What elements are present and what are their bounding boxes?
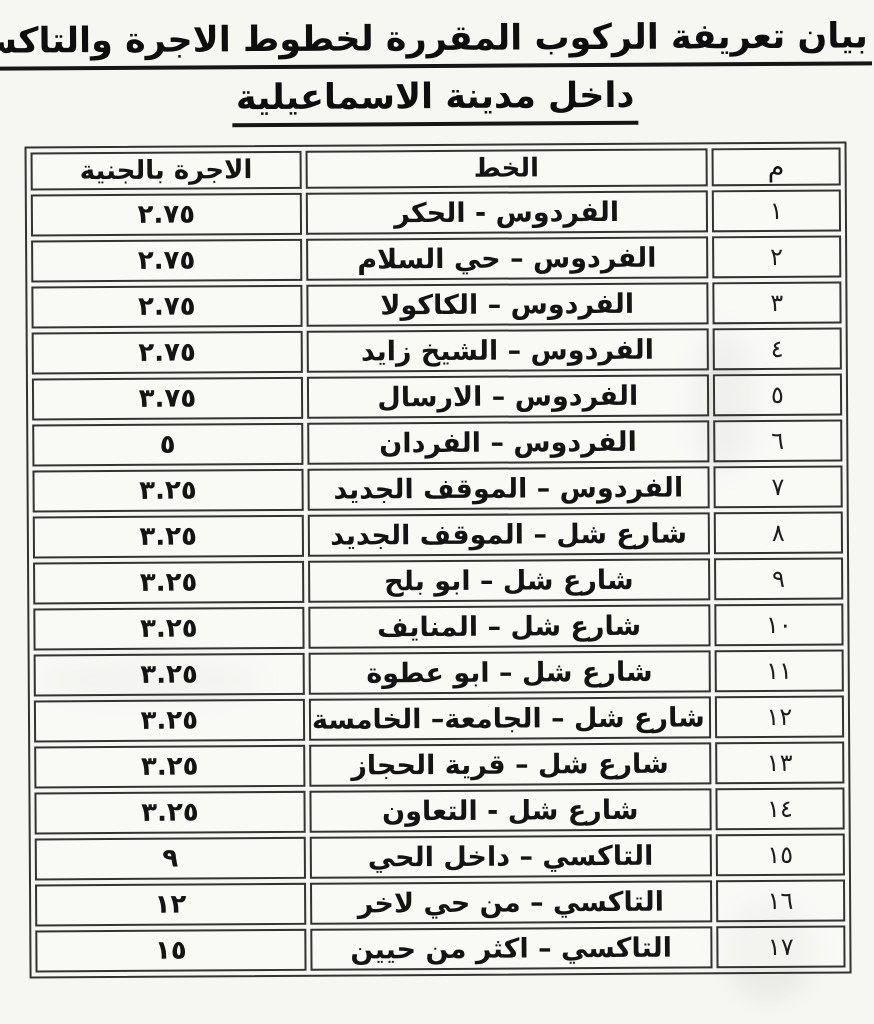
serial-cell: ١١ (714, 650, 844, 693)
fare-cell: ١٢ (35, 883, 306, 927)
document-title: بيان تعريفة الركوب المقررة لخطوط الاجرة … (0, 0, 872, 129)
route-cell: الفردوس – الموقف الجديد (307, 466, 709, 510)
title-line-1: بيان تعريفة الركوب المقررة لخطوط الاجرة … (0, 19, 872, 71)
scanned-document: بيان تعريفة الركوب المقررة لخطوط الاجرة … (0, 0, 874, 979)
serial-cell: ١٢ (715, 696, 845, 739)
table-row: ١٦ التاكسي – من حي لاخر ١٢ (35, 880, 845, 927)
serial-cell: ١٦ (716, 880, 846, 923)
route-cell: التاكسي – اكثر من حيين (310, 926, 712, 970)
fare-cell: ٣.٢٥ (34, 791, 305, 835)
serial-cell: ٧ (713, 466, 843, 509)
fare-cell: ٢.٧٥ (31, 285, 302, 329)
fare-cell: ٣.٢٥ (32, 469, 303, 513)
table-row: ٤ الفردوس – الشيخ زايد ٢.٧٥ (32, 328, 842, 375)
table-row: ١٣ شارع شل – قرية الحجاز ٣.٢٥ (34, 742, 844, 789)
fare-cell: ٢.٧٥ (32, 331, 303, 375)
serial-cell: ١٥ (715, 834, 845, 877)
fare-table: م الخط الاجرة بالجنية ١ الفردوس - الحكر … (25, 141, 852, 978)
serial-cell: ٦ (713, 420, 843, 463)
table-row: ١١ شارع شل – ابو عطوة ٣.٢٥ (34, 650, 844, 697)
route-cell: التاكسي – داخل الحي (309, 834, 711, 878)
route-cell: شارع شل – قرية الحجاز (309, 742, 711, 786)
header-route: الخط (305, 148, 707, 188)
table-row: ٦ الفردوس – الفردان ٥ (32, 420, 842, 467)
route-cell: شارع شل – ابو بلح (308, 558, 710, 602)
serial-cell: ١٠ (714, 604, 844, 647)
table-row: ٢ الفردوس – حي السلام ٢.٧٥ (31, 236, 841, 283)
fare-cell: ٥ (32, 423, 303, 467)
fare-cell: ٩ (35, 837, 306, 881)
serial-cell: ٣ (712, 282, 842, 325)
route-cell: شارع شل – الموقف الجديد (307, 512, 709, 556)
serial-cell: ٢ (712, 236, 842, 279)
route-cell: التاكسي – من حي لاخر (310, 880, 712, 924)
route-cell: شارع شل – المنايف (308, 604, 710, 648)
route-cell: الفردوس – الارسال (307, 374, 709, 418)
table-row: ٧ الفردوس – الموقف الجديد ٣.٢٥ (32, 466, 842, 513)
fare-cell: ٣.٢٥ (34, 745, 305, 789)
title-line-2: داخل مدينة الاسماعيلية (232, 79, 639, 127)
table-row: ٥ الفردوس – الارسال ٣.٧٥ (32, 374, 842, 421)
fare-cell: ٢.٧٥ (31, 239, 302, 283)
serial-cell: ١٧ (716, 926, 846, 969)
route-cell: شارع شل - التعاون (309, 788, 711, 832)
serial-cell: ٨ (713, 512, 843, 555)
fare-cell: ٢.٧٥ (31, 193, 302, 237)
fare-cell: ٣.٢٥ (33, 515, 304, 559)
route-cell: شارع شل – ابو عطوة (308, 650, 710, 694)
serial-cell: ٩ (714, 558, 844, 601)
route-cell: الفردوس - الحكر (306, 190, 708, 234)
table-row: ١ الفردوس - الحكر ٢.٧٥ (31, 190, 841, 237)
serial-cell: ١ (712, 190, 842, 233)
table-row: ١٥ التاكسي – داخل الحي ٩ (35, 834, 845, 881)
route-cell: الفردوس – الكاكولا (306, 282, 708, 326)
fare-cell: ٣.٢٥ (33, 561, 304, 605)
route-cell: شارع شل – الجامعة– الخامسة (309, 696, 711, 740)
route-cell: الفردوس – الشيخ زايد (306, 328, 708, 372)
fare-cell: ٣.٢٥ (34, 699, 305, 743)
header-serial: م (711, 148, 841, 187)
table-row: ١٠ شارع شل – المنايف ٣.٢٥ (33, 604, 843, 651)
serial-cell: ٥ (713, 374, 843, 417)
table-row: ٣ الفردوس – الكاكولا ٢.٧٥ (31, 282, 841, 329)
route-cell: الفردوس – حي السلام (306, 236, 708, 280)
serial-cell: ٤ (712, 328, 842, 371)
route-cell: الفردوس – الفردان (307, 420, 709, 464)
table-header-row: م الخط الاجرة بالجنية (31, 148, 841, 191)
table-row: ١٧ التاكسي – اكثر من حيين ١٥ (35, 926, 845, 973)
fare-cell: ٣.٢٥ (34, 653, 305, 697)
table-row: ٨ شارع شل – الموقف الجديد ٣.٢٥ (33, 512, 843, 559)
table-row: ١٢ شارع شل – الجامعة– الخامسة ٣.٢٥ (34, 696, 844, 743)
fare-cell: ٣.٢٥ (33, 607, 304, 651)
serial-cell: ١٤ (715, 788, 845, 831)
serial-cell: ١٣ (715, 742, 845, 785)
fare-cell: ١٥ (35, 929, 306, 973)
table-row: ٩ شارع شل – ابو بلح ٣.٢٥ (33, 558, 843, 605)
table-row: ١٤ شارع شل - التعاون ٣.٢٥ (34, 788, 844, 835)
header-fare: الاجرة بالجنية (31, 151, 302, 191)
fare-cell: ٣.٧٥ (32, 377, 303, 421)
